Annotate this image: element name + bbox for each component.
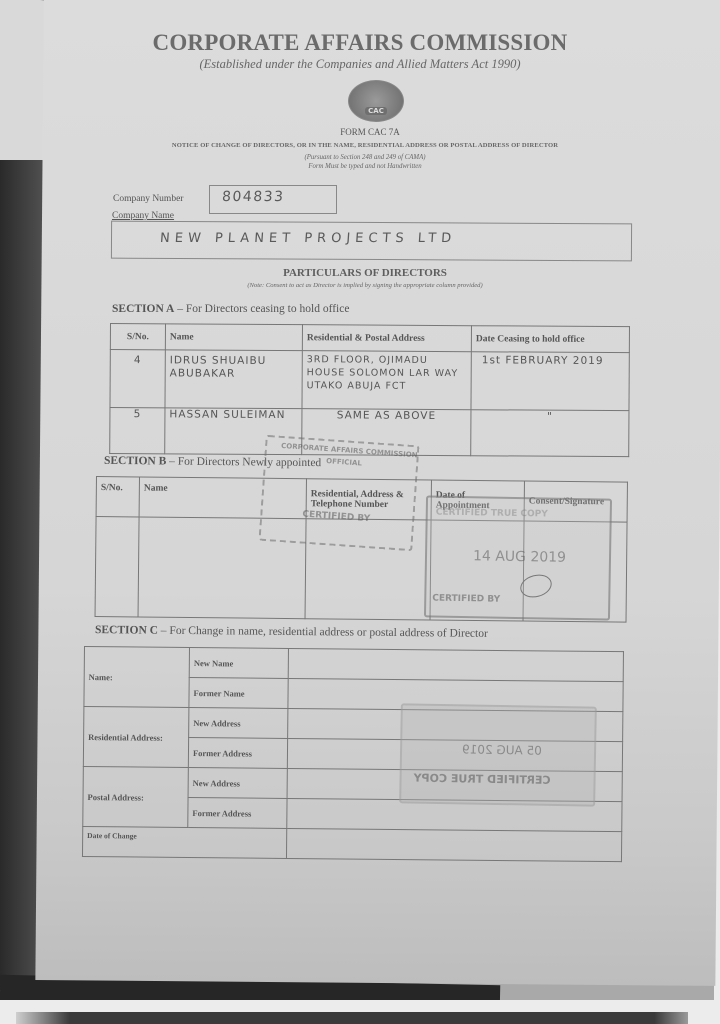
form-notice: NOTICE OF CHANGE OF DIRECTORS, OR IN THE… bbox=[125, 142, 605, 149]
name-cell[interactable]: IDRUS SHUAIBU ABUBAKAR bbox=[165, 350, 302, 409]
sub-label: New Name bbox=[189, 648, 288, 679]
column-header: Date Ceasing to hold office bbox=[471, 326, 629, 353]
company-name-value: NEW PLANET PROJECTS LTD bbox=[159, 231, 456, 246]
section-c-label: SECTION C bbox=[95, 624, 158, 637]
seal-text: CAC bbox=[365, 107, 387, 115]
instruction-text: Form Must be typed and not Handwritten bbox=[200, 162, 530, 171]
particulars-heading: PARTICULARS OF DIRECTORS bbox=[200, 267, 530, 279]
sub-label: Former Address bbox=[188, 798, 287, 829]
date-cell[interactable]: 1st FEBRUARY 2019 bbox=[471, 352, 629, 411]
column-header: S/No. bbox=[110, 324, 165, 350]
stamp-text: CERTIFIED TRUE COPY bbox=[413, 772, 550, 787]
consent-note: (Note: Consent to act as Director is imp… bbox=[170, 282, 560, 289]
form-number: FORM CAC 7A bbox=[300, 127, 440, 137]
stamp-text: CERTIFIED BY bbox=[302, 510, 370, 525]
faded-stamp: 05 AUG 2019 CERTIFIED TRUE COPY bbox=[399, 703, 597, 806]
page-title: CORPORATE AFFAIRS COMMISSION bbox=[130, 30, 590, 56]
company-number-value: 804833 bbox=[221, 189, 285, 205]
date-cell[interactable]: " bbox=[471, 410, 629, 457]
sno-cell[interactable] bbox=[95, 517, 139, 617]
cac-seal-icon: CAC bbox=[348, 80, 404, 122]
date-of-change-field[interactable] bbox=[286, 828, 621, 861]
table-row: 4 IDRUS SHUAIBU ABUBAKAR 3RD FLOOR, OJIM… bbox=[110, 350, 629, 411]
company-name-label: Company Name bbox=[112, 211, 174, 221]
section-a-heading: SECTION A – For Directors ceasing to hol… bbox=[112, 303, 349, 315]
stamp-text: CERTIFIED TRUE COPY bbox=[436, 508, 548, 520]
group-label: Postal Address: bbox=[83, 766, 189, 827]
section-a-title: – For Directors ceasing to hold office bbox=[174, 303, 349, 315]
stamp-date: 05 AUG 2019 bbox=[462, 742, 542, 757]
stamp-date: 14 AUG 2019 bbox=[473, 548, 566, 566]
sub-label: New Address bbox=[188, 768, 287, 799]
group-label: Residential Address: bbox=[83, 707, 189, 768]
sub-label: Former Address bbox=[188, 738, 287, 769]
certified-stamp: CERTIFIED TRUE COPY 14 AUG 2019 CERTIFIE… bbox=[424, 495, 612, 620]
official-stamp: CORPORATE AFFAIRS COMMISSION OFFICIAL CE… bbox=[258, 435, 419, 551]
column-header: S/No. bbox=[96, 477, 139, 517]
stamp-text: CORPORATE AFFAIRS COMMISSION bbox=[281, 442, 418, 460]
new-name-field[interactable] bbox=[288, 648, 623, 681]
stamp-text: OFFICIAL bbox=[326, 457, 362, 467]
pursuant-text: (Pursuant to Section 248 and 249 of CAMA… bbox=[200, 153, 530, 162]
group-label: Name: bbox=[84, 647, 190, 708]
form-pursuant: (Pursuant to Section 248 and 249 of CAMA… bbox=[200, 153, 530, 171]
section-a-label: SECTION A bbox=[112, 303, 174, 315]
section-a-table: S/No. Name Residential & Postal Address … bbox=[109, 323, 630, 457]
column-header: Residential & Postal Address bbox=[302, 325, 471, 352]
sub-label: New Address bbox=[189, 708, 288, 739]
sno-cell[interactable]: 4 bbox=[110, 350, 165, 408]
date-of-change-label: Date of Change bbox=[82, 826, 286, 858]
sub-label: Former Name bbox=[189, 678, 288, 709]
next-page-edge bbox=[16, 1012, 688, 1024]
address-cell[interactable]: 3RD FLOOR, OJIMADU HOUSE SOLOMON LAR WAY… bbox=[302, 351, 471, 410]
sno-cell[interactable]: 5 bbox=[110, 408, 165, 454]
column-header: Name bbox=[165, 324, 302, 351]
page-subtitle: (Established under the Companies and All… bbox=[130, 57, 590, 72]
stamp-text: CERTIFIED BY bbox=[432, 594, 500, 605]
company-number-label: Company Number bbox=[113, 194, 183, 204]
section-b-label: SECTION B bbox=[104, 455, 166, 468]
